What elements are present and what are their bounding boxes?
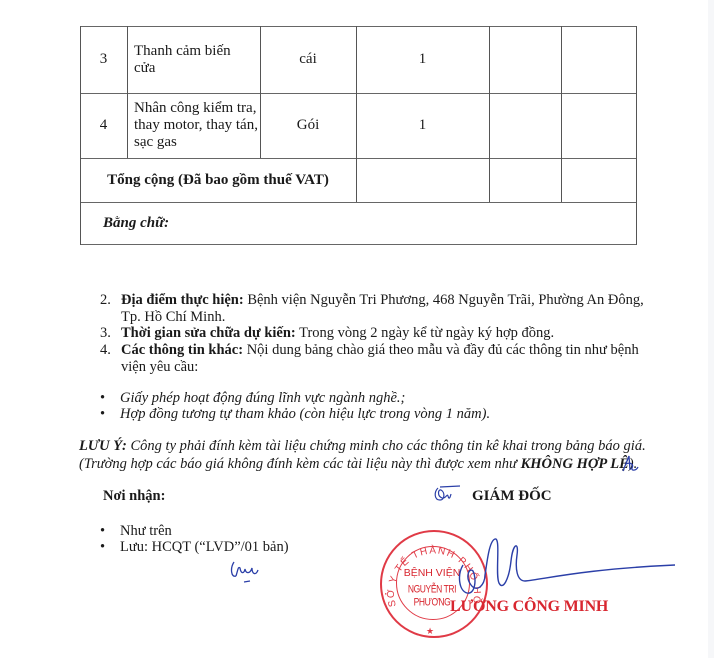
initial-signature-icon [620, 452, 640, 474]
clerk-signature-icon [228, 556, 268, 586]
table-cell-qty: 1 [356, 93, 489, 158]
table-cell-price[interactable] [489, 26, 561, 93]
table-cell-qty: 1 [356, 26, 489, 93]
table-cell-price[interactable] [489, 93, 561, 158]
director-signature-icon [455, 535, 710, 600]
bullet-icon: • [100, 390, 105, 407]
table-cell-total[interactable] [561, 26, 636, 93]
table-cell-item: Nhân công kiểm tra, thay motor, thay tán… [134, 93, 258, 158]
bullet-icon: • [100, 523, 105, 540]
recipients-title: Nơi nhận: [103, 488, 165, 505]
table-cell-stt: 4 [80, 93, 127, 158]
term-duration: 3. Thời gian sửa chữa dự kiến: Trong vòn… [100, 325, 660, 342]
signer-name: LƯƠNG CÔNG MINH [450, 598, 608, 616]
bullet-icon: • [100, 406, 105, 423]
table-border [636, 26, 637, 245]
quote-table: 3 Thanh cảm biến cửa cái 1 4 Nhân công k… [80, 26, 637, 245]
note-line-1: LƯU Ý: Công ty phải đính kèm tài liệu ch… [79, 438, 646, 455]
bullet-icon: • [100, 539, 105, 556]
table-border [127, 26, 128, 158]
term-label: Thời gian sửa chữa dự kiến: [121, 325, 296, 341]
table-total-label: Tổng cộng (Đã bao gồm thuế VAT) [80, 158, 356, 202]
signer-position: GIÁM ĐỐC [472, 488, 552, 505]
term-number: 4. [100, 342, 111, 359]
table-cell-unit: Gói [260, 93, 356, 158]
table-cell-stt: 3 [80, 26, 127, 93]
table-cell-unit: cái [260, 26, 356, 93]
director-initial-icon [432, 484, 462, 506]
term-text: Trong vòng 2 ngày kể từ ngày ký hợp đồng… [296, 325, 554, 341]
svg-text:★: ★ [426, 626, 434, 636]
table-border [80, 244, 637, 245]
term-label: Địa điểm thực hiện: [121, 292, 244, 308]
table-in-words-label: Bằng chữ: [103, 202, 603, 244]
term-number: 2. [100, 292, 111, 309]
invalid-emphasis: KHÔNG HỢP LỆ [521, 456, 629, 472]
term-label: Các thông tin khác: [121, 342, 243, 358]
note-label: LƯU Ý: [79, 438, 127, 454]
term-number: 3. [100, 325, 111, 342]
term-location: 2. Địa điểm thực hiện: Bệnh viện Nguyễn … [100, 292, 660, 326]
note-line-2: (Trường hợp các báo giá không đính kèm c… [79, 456, 637, 473]
term-other-info: 4. Các thông tin khác: Nội dung bảng chà… [100, 342, 660, 376]
table-cell-item: Thanh cảm biến cửa [134, 26, 254, 93]
table-cell-total[interactable] [561, 93, 636, 158]
